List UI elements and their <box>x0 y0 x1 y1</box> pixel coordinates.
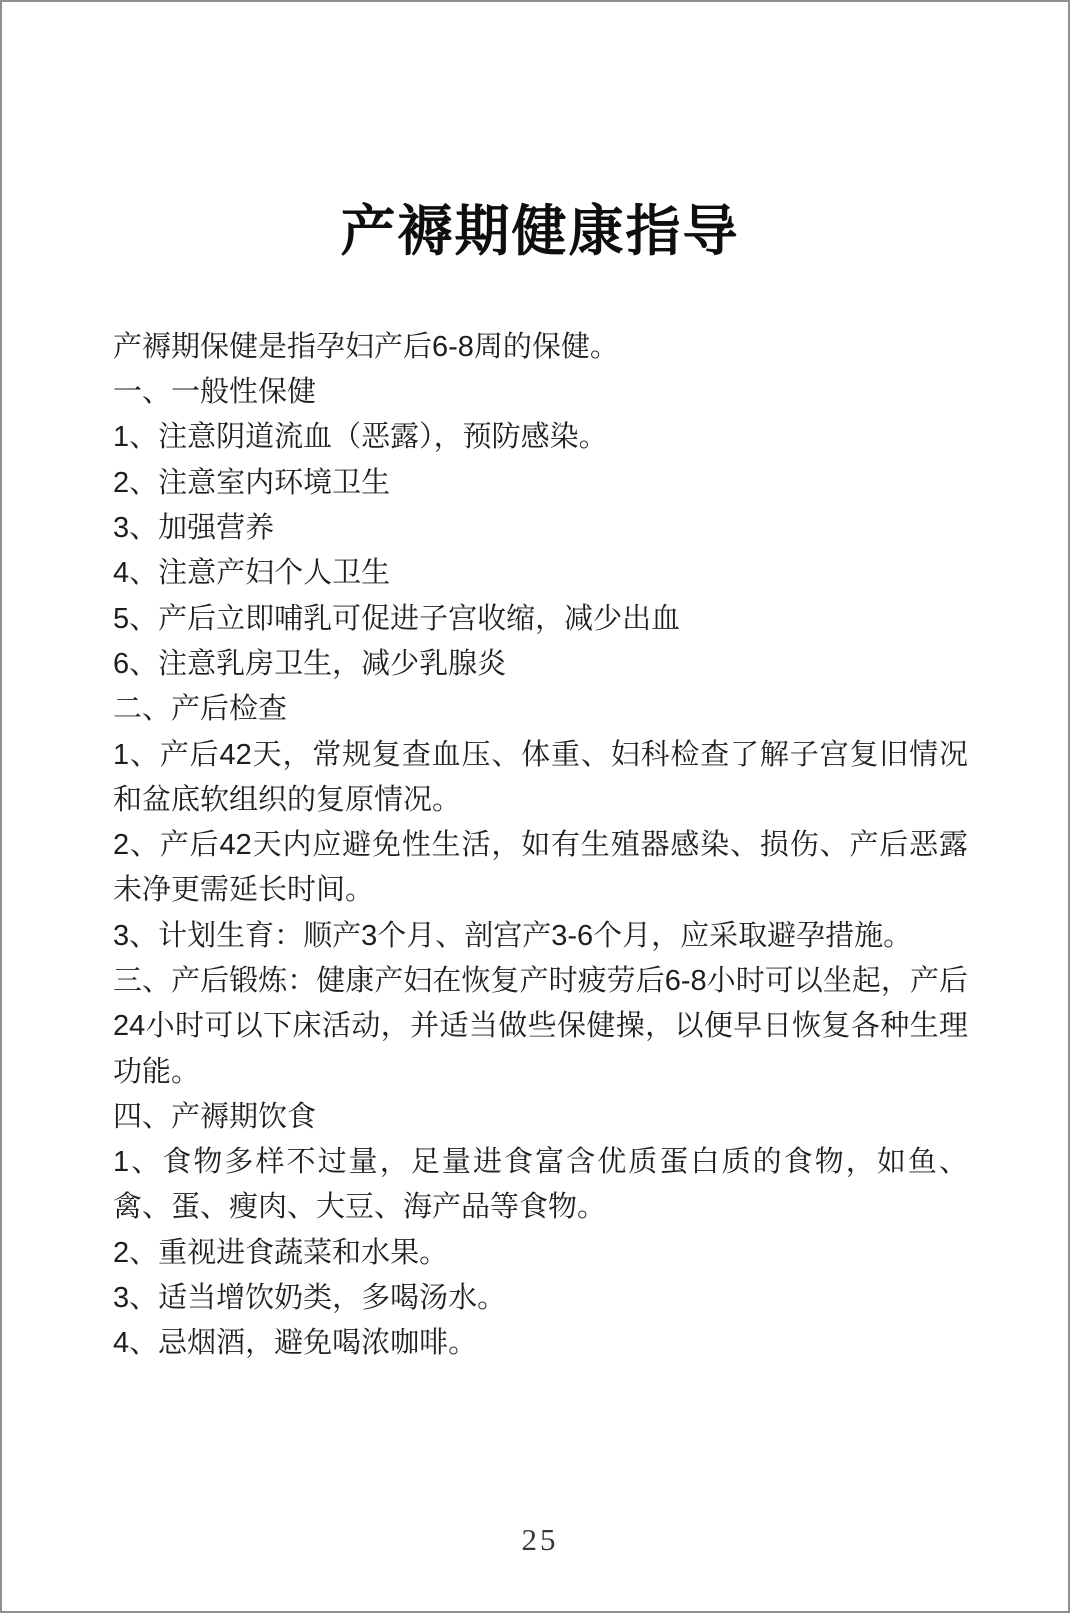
list-item: 2、注意室内环境卫生 <box>113 461 968 506</box>
list-item: 4、忌烟酒，避免喝浓咖啡。 <box>113 1321 968 1366</box>
list-item: 1、食物多样不过量，足量进食富含优质蛋白质的食物，如鱼、禽、蛋、瘦肉、大豆、海产… <box>113 1140 968 1231</box>
section-heading-3: 三、产后锻炼：健康产妇在恢复产时疲劳后6-8小时可以坐起，产后24小时可以下床活… <box>113 959 968 1095</box>
list-item: 2、产后42天内应避免性生活，如有生殖器感染、损伤、产后恶露未净更需延长时间。 <box>113 823 968 914</box>
document-page: 产褥期健康指导 产褥期保健是指孕妇产后6-8周的保健。 一、一般性保健 1、注意… <box>0 0 1080 1620</box>
section-heading-2: 二、产后检查 <box>113 687 968 732</box>
document-body: 产褥期保健是指孕妇产后6-8周的保健。 一、一般性保健 1、注意阴道流血（恶露）… <box>113 325 968 1367</box>
list-item: 4、注意产妇个人卫生 <box>113 551 968 596</box>
list-item: 5、产后立即哺乳可促进子宫收缩，减少出血 <box>113 597 968 642</box>
section-heading-1: 一、一般性保健 <box>113 370 968 415</box>
list-item: 1、产后42天，常规复查血压、体重、妇科检查了解子宫复旧情况和盆底软组织的复原情… <box>113 733 968 824</box>
paragraph-intro: 产褥期保健是指孕妇产后6-8周的保健。 <box>113 325 968 370</box>
list-item: 3、加强营养 <box>113 506 968 551</box>
list-item: 3、计划生育：顺产3个月、剖宫产3-6个月，应采取避孕措施。 <box>113 914 968 959</box>
page-title: 产褥期健康指导 <box>0 37 1080 261</box>
list-item: 6、注意乳房卫生，减少乳腺炎 <box>113 642 968 687</box>
list-item: 2、重视进食蔬菜和水果。 <box>113 1231 968 1276</box>
page-number: 25 <box>0 1522 1080 1558</box>
section-heading-4: 四、产褥期饮食 <box>113 1095 968 1140</box>
list-item: 3、适当增饮奶类，多喝汤水。 <box>113 1276 968 1321</box>
list-item: 1、注意阴道流血（恶露），预防感染。 <box>113 415 968 460</box>
